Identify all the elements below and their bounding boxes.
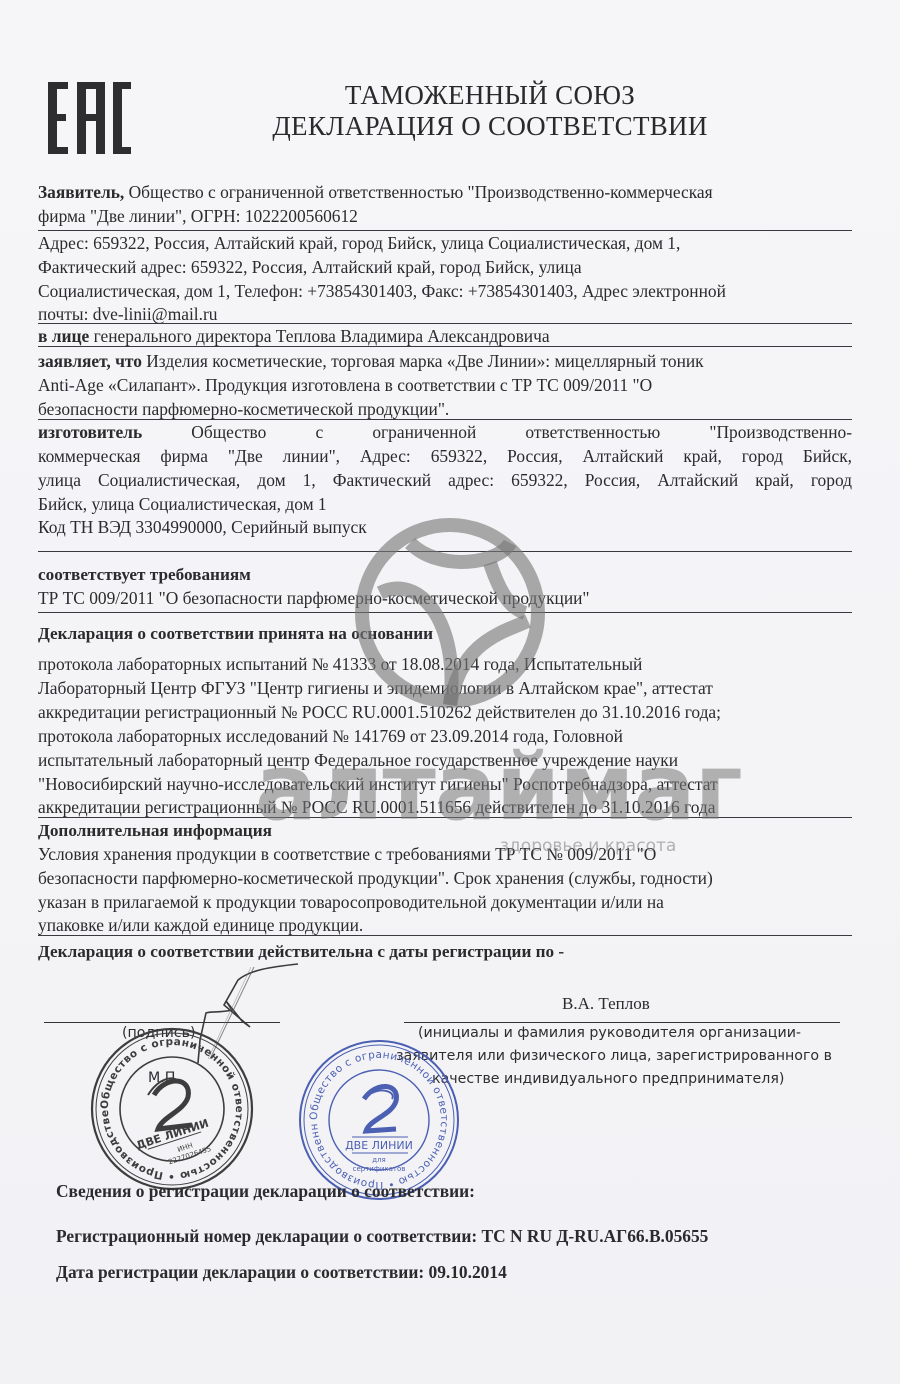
applicant-label: Заявитель, bbox=[38, 182, 124, 202]
divider bbox=[38, 230, 852, 231]
registration-number: ТС N RU Д-RU.АГ66.В.05655 bbox=[481, 1226, 708, 1246]
divider bbox=[38, 323, 852, 324]
registration-date-line: Дата регистрации декларации о соответств… bbox=[56, 1262, 507, 1283]
additional-line: указан в прилагаемой к продукции товарос… bbox=[38, 894, 852, 911]
manufacturer-line-4: Бийск, улица Социалистическая, дом 1 bbox=[38, 496, 852, 513]
svg-text:ДВЕ ЛИНИИ: ДВЕ ЛИНИИ bbox=[135, 1117, 211, 1153]
declares-label: заявляет, что bbox=[38, 351, 142, 371]
divider bbox=[38, 551, 852, 552]
svg-text:для: для bbox=[372, 1156, 386, 1164]
tn-ved-code: Код ТН ВЭД 3304990000, Серийный выпуск bbox=[38, 519, 852, 536]
eac-logo-icon bbox=[46, 80, 132, 156]
requirements-text: ТР ТС 009/2011 "О безопасности парфюмерн… bbox=[38, 590, 852, 607]
svg-text:сертификатов: сертификатов bbox=[353, 1165, 406, 1173]
representative-label: в лице bbox=[38, 326, 89, 346]
additional-line: безопасности парфюмерно-косметической пр… bbox=[38, 870, 852, 887]
applicant-address-3: Социалистическая, дом 1, Телефон: +73854… bbox=[38, 283, 852, 300]
representative-line: в лице генерального директора Теплова Вл… bbox=[38, 328, 852, 345]
company-seal-black-icon: Общество с ограниченной ответственностью… bbox=[88, 1025, 256, 1193]
signer-caption-line-1: (инициалы и фамилия руководителя организ… bbox=[418, 1025, 801, 1041]
manufacturer-label: изготовитель bbox=[38, 422, 142, 442]
applicant-line-2: фирма "Две линии", ОГРН: 1022200560612 bbox=[38, 208, 852, 225]
basis-line: аккредитации регистрационный № РОСС RU.0… bbox=[38, 704, 852, 721]
watermark-brand: алтаймаг bbox=[255, 742, 725, 834]
document-union-title: ТАМОЖЕННЫЙ СОЮЗ bbox=[230, 80, 750, 111]
basis-line: Лабораторный Центр ФГУЗ "Центр гигиены и… bbox=[38, 680, 852, 697]
manufacturer-line-2: коммерческая фирма "Две линии", Адрес: 6… bbox=[38, 448, 852, 465]
requirements-label: соответствует требованиям bbox=[38, 566, 852, 583]
divider bbox=[38, 419, 852, 420]
divider bbox=[38, 935, 852, 936]
basis-label: Декларация о соответствии принята на осн… bbox=[38, 625, 852, 642]
declaration-page: ТАМОЖЕННЫЙ СОЮЗ ДЕКЛАРАЦИЯ О СООТВЕТСТВИ… bbox=[0, 0, 900, 1384]
signer-caption-line-3: качестве индивидуального предпринимателя… bbox=[432, 1071, 784, 1087]
svg-text:ДВЕ ЛИНИИ: ДВЕ ЛИНИИ bbox=[345, 1139, 413, 1152]
document-title: ДЕКЛАРАЦИЯ О СООТВЕТСТВИИ bbox=[230, 111, 750, 142]
applicant-email: почты: dve-linii@mail.ru bbox=[38, 306, 852, 323]
applicant-line-1: Заявитель, Общество с ограниченной ответ… bbox=[38, 184, 852, 201]
additional-line: упаковке и/или каждой единице продукции. bbox=[38, 917, 852, 934]
declares-line-1: заявляет, что Изделия косметические, тор… bbox=[38, 353, 852, 370]
manufacturer-line-1: изготовитель Общество с ограниченной отв… bbox=[38, 424, 852, 441]
name-line bbox=[404, 1022, 840, 1023]
applicant-address-2: Фактический адрес: 659322, Россия, Алтай… bbox=[38, 259, 852, 276]
basis-line: протокола лабораторных испытаний № 41333… bbox=[38, 656, 852, 673]
additional-line: Условия хранения продукции в соответстви… bbox=[38, 846, 852, 863]
divider bbox=[38, 612, 852, 613]
declares-line-3: безопасности парфюмерно-косметической пр… bbox=[38, 401, 852, 418]
registration-number-line: Регистрационный номер декларации о соотв… bbox=[56, 1226, 708, 1247]
divider bbox=[38, 346, 852, 347]
applicant-address-1: Адрес: 659322, Россия, Алтайский край, г… bbox=[38, 235, 852, 252]
manufacturer-line-3: улица Социалистическая, дом 1, Фактическ… bbox=[38, 472, 852, 489]
company-seal-blue-icon: Общество с ограниченной ответственностью… bbox=[296, 1037, 462, 1203]
registration-heading: Сведения о регистрации декларации о соот… bbox=[56, 1181, 475, 1202]
watermark-tagline: здоровье и красота bbox=[500, 836, 676, 856]
registration-date: 09.10.2014 bbox=[429, 1262, 507, 1282]
declares-line-2: Anti-Age «Силапант». Продукция изготовле… bbox=[38, 377, 852, 394]
signer-name: В.А. Теплов bbox=[562, 995, 650, 1012]
